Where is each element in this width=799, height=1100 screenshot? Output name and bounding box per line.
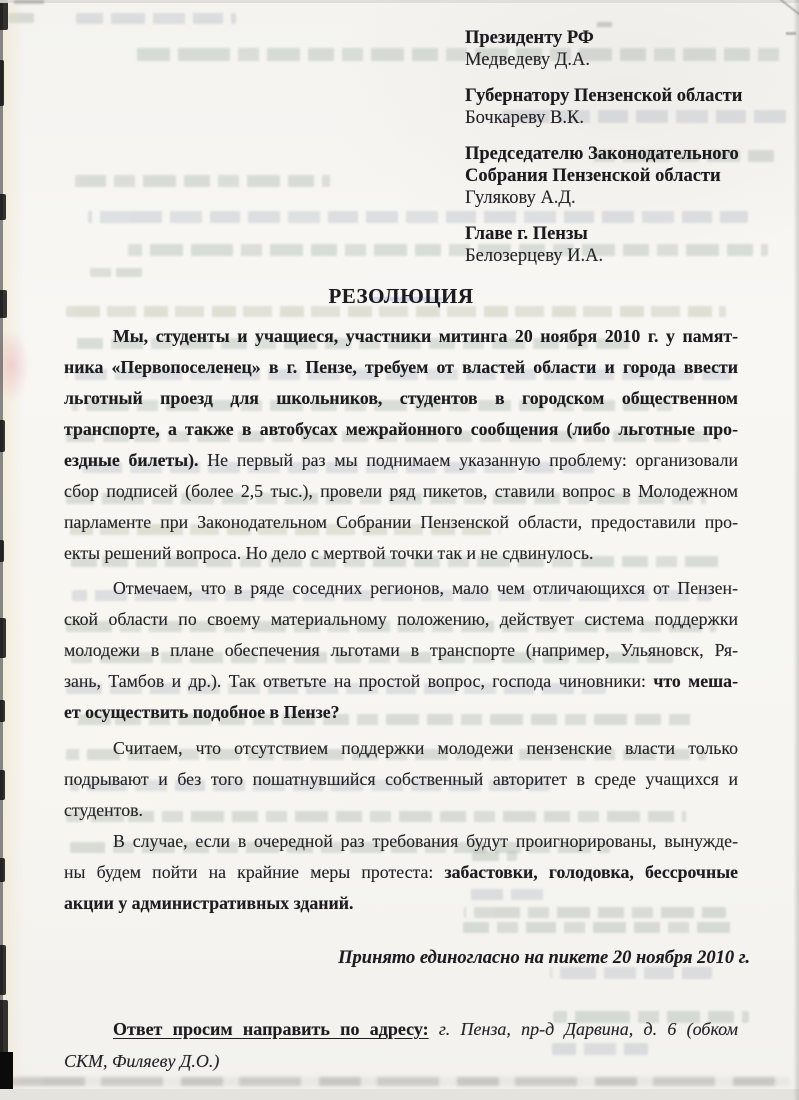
recipient-name: Медведеву Д.А. [465, 49, 742, 71]
paragraph-line: екты решений вопроса. Но дело с мертвой … [64, 538, 738, 569]
paragraph-line: студентов. [64, 795, 738, 826]
line-content: ника «Первопоселенец» в г. Пензе, требуе… [64, 357, 738, 377]
text-run: ездные билеты). [64, 450, 199, 470]
paragraph-line: льготный проезд для школьников, студенто… [64, 383, 738, 414]
line-content: ской области по своему материальному пол… [64, 609, 738, 629]
line-content: парламенте при Законодательном Собрании … [64, 512, 738, 532]
text-run: Не первый раз мы поднимаем указанную про… [199, 450, 739, 470]
scan-edge-blob [0, 194, 6, 220]
text-run: г. Пенза, пр-д Дарвина, д. 6 (обком [429, 1019, 738, 1039]
paragraph-line: транспорте, а также в автобусах межрайон… [64, 414, 738, 445]
scan-edge-bottom [0, 1089, 799, 1100]
line-content: ет осуществить подобное в Пензе? [64, 702, 340, 722]
scan-dash-top [597, 22, 612, 27]
paragraph-line: ской области по своему материальному пол… [64, 604, 738, 635]
scan-edge-blob [0, 858, 5, 882]
text-run: забастовки, голодовка, бессрочные [444, 862, 738, 882]
recipient-name: Белозерцеву И.А. [465, 245, 742, 267]
paragraph-line: ника «Первопоселенец» в г. Пензе, требуе… [64, 352, 738, 383]
reply-address-block: Ответ просим направить по адресу: г. Пен… [64, 1013, 738, 1077]
scan-edge-blob [0, 700, 5, 722]
paragraph-line: зань, Тамбов и др.). Так ответьте на про… [64, 666, 738, 697]
body-paragraph: Мы, студенты и учащиеся, участники митин… [64, 321, 738, 569]
scan-edge-blob [0, 1000, 8, 1060]
text-run: Считаем, что отсутствием поддержки молод… [113, 738, 738, 758]
text-run: транспорте, а также в автобусах межрайон… [64, 419, 738, 439]
paragraph-line: сбор подписей (более 2,5 тыс.), провели … [64, 476, 738, 507]
text-run: ника «Первопоселенец» в г. Пензе, требуе… [64, 357, 738, 377]
body-paragraph: Считаем, что отсутствием поддержки молод… [64, 733, 738, 826]
paragraph-line: В случае, если в очередной раз требовани… [64, 826, 738, 857]
text-run: подрывают и без того пошатнувшийся собст… [64, 769, 738, 789]
recipient-title: Президенту РФ [465, 27, 742, 49]
line-content: В случае, если в очередной раз требовани… [113, 831, 738, 851]
scan-edge-blob [0, 540, 4, 562]
paragraph-line: Мы, студенты и учащиеся, участники митин… [64, 321, 738, 352]
body-paragraph: Отмечаем, что в ряде соседних регионов, … [64, 573, 738, 728]
text-run: Ответ просим направить по адресу: [113, 1019, 429, 1039]
document-body: Мы, студенты и учащиеся, участники митин… [64, 321, 738, 919]
recipients-block: Президенту РФМедведеву Д.А.Губернатору П… [465, 27, 742, 281]
recipient-name: Бочкареву В.К. [465, 107, 742, 129]
line-content: ездные билеты). Не первый раз мы поднима… [64, 450, 738, 470]
line-content: ны будем пойти на крайние меры протеста:… [64, 862, 738, 882]
recipient-entry: Председателю ЗаконодательногоСобрания Пе… [465, 143, 742, 209]
paragraph-line: ны будем пойти на крайние меры протеста:… [64, 857, 738, 888]
paragraph-line: ездные билеты). Не первый раз мы поднима… [64, 445, 738, 476]
text-run: ет осуществить подобное в Пензе? [64, 702, 340, 722]
line-content: Отмечаем, что в ряде соседних регионов, … [113, 578, 738, 598]
paragraph-line: Ответ просим направить по адресу: г. Пен… [64, 1013, 738, 1045]
paragraph-line: СКМ, Филяеву Д.О.) [64, 1045, 738, 1077]
scan-edge-blob [0, 945, 6, 995]
scan-edge-blob [0, 618, 6, 658]
text-run: ны будем пойти на крайние меры протеста: [64, 862, 444, 882]
recipient-entry: Главе г. ПензыБелозерцеву И.А. [465, 223, 742, 267]
bleed-through-artifact [8, 1077, 790, 1086]
text-run: Отмечаем, что в ряде соседних регионов, … [113, 578, 738, 598]
recipient-title: Собрания Пензенской области [465, 165, 742, 187]
text-run: ской области по своему материальному пол… [64, 609, 738, 629]
recipient-title: Председателю Законодательного [465, 143, 742, 165]
text-run: В случае, если в очередной раз требовани… [113, 831, 738, 851]
recipient-title: Главе г. Пензы [465, 223, 742, 245]
text-run: молодежи в плане обеспечения льготами в … [64, 640, 738, 660]
scan-edge-top [0, 0, 799, 3]
text-run: Мы, студенты и учащиеся, участники митин… [113, 326, 738, 346]
scan-edge-blob [0, 0, 8, 30]
line-content: транспорте, а также в автобусах межрайон… [64, 419, 738, 439]
scanned-page: Президенту РФМедведеву Д.А.Губернатору П… [0, 0, 799, 1100]
text-run: зань, Тамбов и др.). Так ответьте на про… [64, 671, 653, 691]
line-content: зань, Тамбов и др.). Так ответьте на про… [64, 671, 738, 691]
scan-edge-right [793, 0, 799, 1100]
paragraph-line: молодежи в плане обеспечения льготами в … [64, 635, 738, 666]
text-run: льготный проезд для школьников, студенто… [64, 388, 738, 408]
recipient-title: Губернатору Пензенской области [465, 85, 742, 107]
text-run: что меша- [653, 671, 738, 691]
text-run: сбор подписей (более 2,5 тыс.), провели … [64, 481, 738, 501]
bleed-through-artifact [76, 13, 236, 24]
paragraph-line: Отмечаем, что в ряде соседних регионов, … [64, 573, 738, 604]
line-content: льготный проезд для школьников, студенто… [64, 388, 738, 408]
recipient-name: Гулякову А.Д. [465, 187, 742, 209]
line-content: Ответ просим направить по адресу: г. Пен… [113, 1019, 738, 1039]
paragraph-line: акции у административных зданий. [64, 888, 738, 919]
line-content: СКМ, Филяеву Д.О.) [64, 1051, 219, 1071]
line-content: Мы, студенты и учащиеся, участники митин… [113, 326, 738, 346]
bleed-through-artifact [90, 268, 150, 277]
scan-edge-blob [0, 60, 4, 106]
scan-edge-blob [0, 770, 5, 800]
recipient-entry: Губернатору Пензенской областиБочкареву … [465, 85, 742, 129]
paragraph-line: Считаем, что отсутствием поддержки молод… [64, 733, 738, 764]
scan-edge-blob [0, 290, 7, 318]
scan-dash-top-left [14, 0, 44, 4]
text-run: екты решений вопроса. Но дело с мертвой … [64, 543, 593, 563]
line-content: екты решений вопроса. Но дело с мертвой … [64, 543, 593, 563]
line-content: акции у административных зданий. [64, 893, 353, 913]
text-run: СКМ, Филяеву Д.О.) [64, 1051, 219, 1071]
text-run: акции у административных зданий. [64, 893, 353, 913]
bleed-through-artifact [463, 922, 738, 933]
adopted-line: Принято единогласно на пикете 20 ноября … [338, 948, 750, 969]
line-content: сбор подписей (более 2,5 тыс.), провели … [64, 481, 738, 501]
paragraph-line: подрывают и без того пошатнувшийся собст… [64, 764, 738, 795]
scan-edge-blob [0, 420, 5, 452]
scan-paper-tint [3, 0, 25, 1100]
text-run: студентов. [64, 800, 143, 820]
body-paragraph: В случае, если в очередной раз требовани… [64, 826, 738, 919]
bleed-through-artifact [75, 175, 330, 187]
line-content: подрывают и без того пошатнувшийся собст… [64, 769, 738, 789]
recipient-entry: Президенту РФМедведеву Д.А. [465, 27, 742, 71]
paragraph-line: ет осуществить подобное в Пензе? [64, 697, 738, 728]
paragraph-line: парламенте при Законодательном Собрании … [64, 507, 738, 538]
line-content: молодежи в плане обеспечения льготами в … [64, 640, 738, 660]
text-run: парламенте при Законодательном Собрании … [64, 512, 738, 532]
scan-dot-top-right [786, 32, 796, 35]
line-content: Считаем, что отсутствием поддержки молод… [113, 738, 738, 758]
document-title: РЕЗОЛЮЦИЯ [64, 284, 738, 309]
scan-pink-smudge [0, 328, 30, 402]
line-content: студентов. [64, 800, 143, 820]
